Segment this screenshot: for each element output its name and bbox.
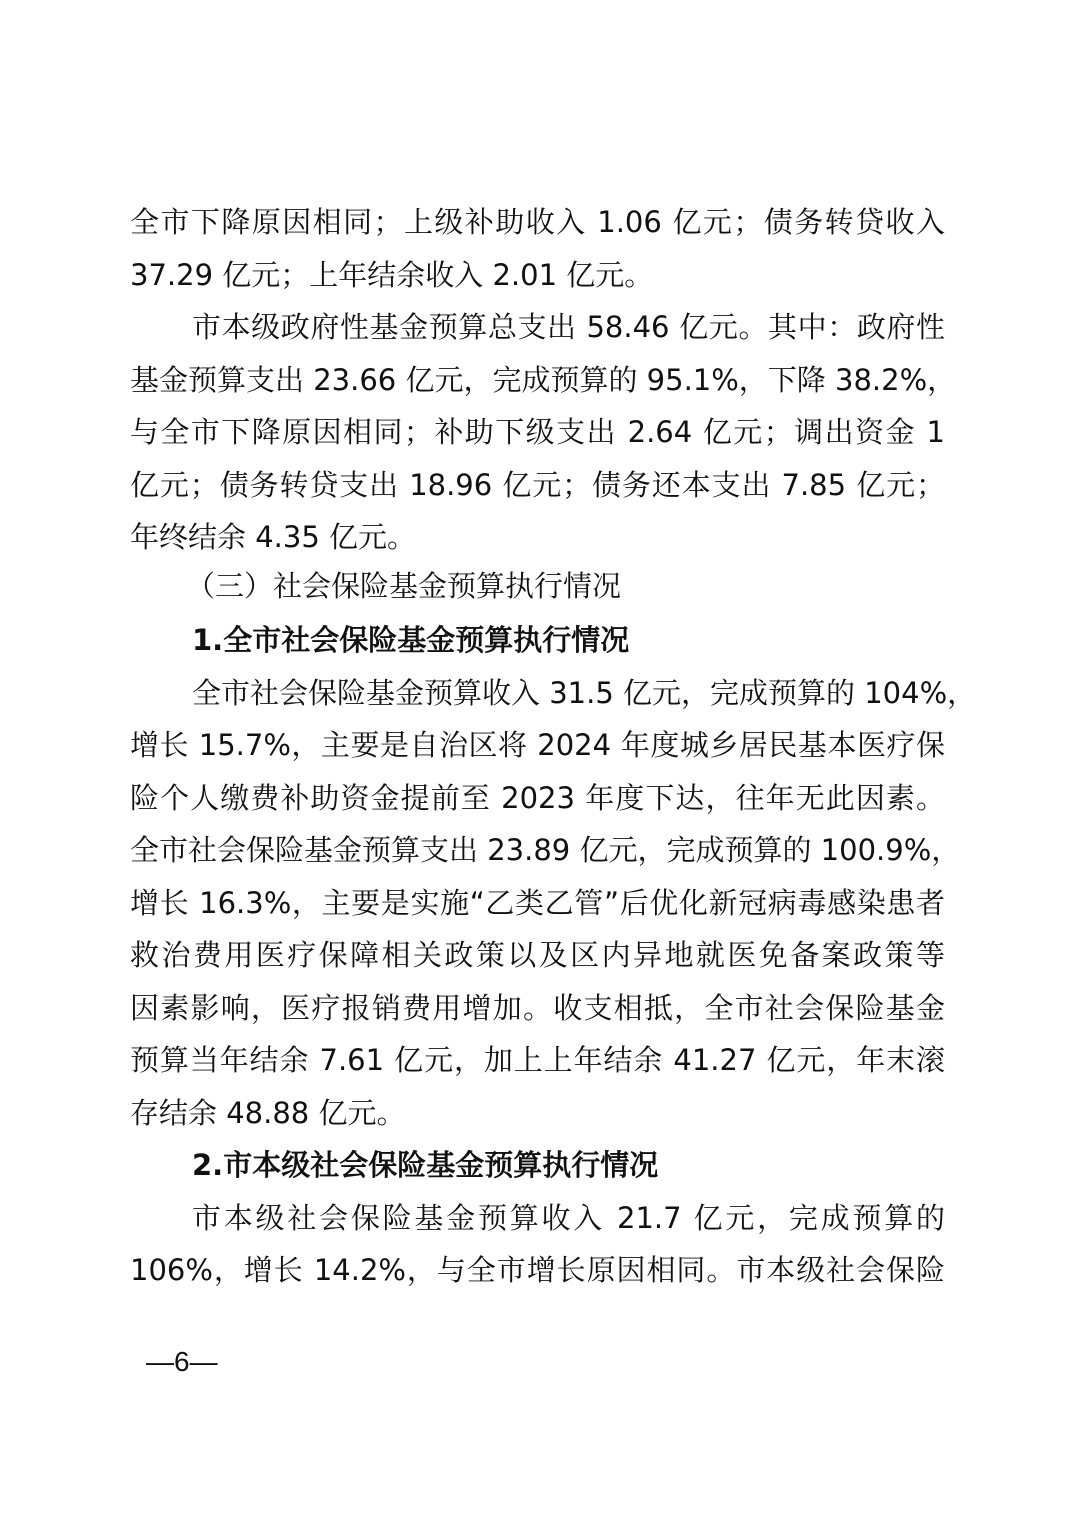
text-line: 106%，增长 14.2%，与全市增长原因相同。市本级社会保险	[130, 1250, 945, 1290]
text-line: 亿元；债务转贷支出 18.96 亿元；债务还本支出 7.85 亿元；	[130, 465, 945, 505]
text-line: 市本级社会保险基金预算收入 21.7 亿元，完成预算的	[192, 1198, 945, 1238]
subheading: 1.全市社会保险基金预算执行情况	[192, 620, 945, 660]
text-line: 存结余 48.88 亿元。	[130, 1093, 945, 1133]
text-line: 与全市下降原因相同；补助下级支出 2.64 亿元；调出资金 1	[130, 412, 945, 452]
text-line: 因素影响，医疗报销费用增加。收支相抵，全市社会保险基金	[130, 988, 945, 1028]
text-line: 全市社会保险基金预算收入 31.5 亿元，完成预算的 104%，	[192, 673, 945, 713]
section-heading: （三）社会保险基金预算执行情况	[186, 566, 939, 606]
text-line: 预算当年结余 7.61 亿元，加上上年结余 41.27 亿元，年末滚	[130, 1040, 945, 1080]
text-line: 增长 16.3%，主要是实施“乙类乙管”后优化新冠病毒感染患者	[130, 883, 945, 923]
subheading: 2.市本级社会保险基金预算执行情况	[192, 1145, 945, 1185]
text-line: 市本级政府性基金预算总支出 58.46 亿元。其中：政府性	[192, 307, 945, 347]
text-line: 险个人缴费补助资金提前至 2023 年度下达，往年无此因素。	[130, 778, 945, 818]
text-line: 全市下降原因相同；上级补助收入 1.06 亿元；债务转贷收入	[130, 202, 945, 242]
text-line: 增长 15.7%，主要是自治区将 2024 年度城乡居民基本医疗保	[130, 725, 945, 765]
text-line: 基金预算支出 23.66 亿元，完成预算的 95.1%，下降 38.2%，	[130, 360, 945, 400]
document-page: 全市下降原因相同；上级补助收入 1.06 亿元；债务转贷收入 37.29 亿元；…	[0, 0, 1074, 1520]
text-line: 全市社会保险基金预算支出 23.89 亿元，完成预算的 100.9%，	[130, 830, 945, 870]
text-line: 年终结余 4.35 亿元。	[130, 517, 945, 557]
text-line: 37.29 亿元；上年结余收入 2.01 亿元。	[130, 255, 945, 295]
page-number: —6—	[146, 1342, 218, 1382]
text-line: 救治费用医疗保障相关政策以及区内异地就医免备案政策等	[130, 935, 945, 975]
